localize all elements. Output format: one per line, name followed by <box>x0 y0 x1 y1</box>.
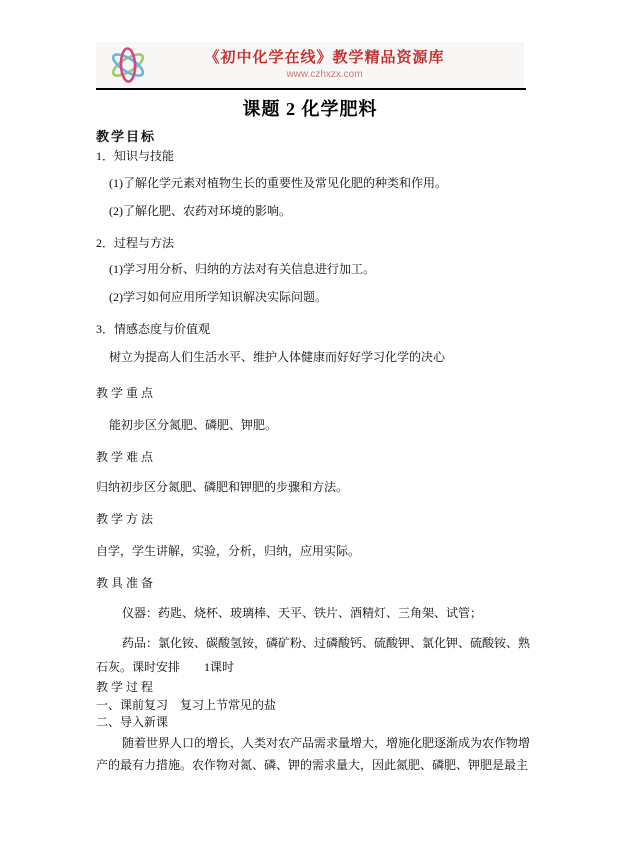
doc-line: (2)学习如何应用所学知识解决实际问题。 <box>96 290 526 305</box>
site-header-banner: 《初中化学在线》教学精品资源库 www.czhxzx.com <box>96 42 524 88</box>
doc-line-new-lesson: 二、导入新课 <box>96 715 526 730</box>
doc-line-instruments: 仪器：药匙、烧杯、玻璃棒、天平、铁片、酒精灯、三角架、试管； <box>96 606 526 621</box>
doc-line: 能初步区分氮肥、磷肥、钾肥。 <box>96 418 526 433</box>
subheading-attitude-values: 3．情感态度与价值观 <box>96 322 526 337</box>
section-heading-materials: 教具准备 <box>96 576 526 591</box>
section-heading-process: 教学过程 <box>96 680 526 695</box>
doc-line: (1)学习用分析、归纳的方法对有关信息进行加工。 <box>96 262 526 277</box>
section-heading-key-points: 教学重点 <box>96 386 526 401</box>
section-heading-goals: 教学目标 <box>96 129 526 144</box>
doc-line: 自学，学生讲解，实验，分析，归纳，应用实际。 <box>96 544 526 559</box>
doc-line: 随着世界人口的增长，人类对农产品需求量增大，增施化肥逐渐成为农作物增 <box>96 736 526 751</box>
doc-line-lesson-schedule: 石灰。课时安排 1课时 <box>96 660 526 675</box>
section-heading-difficulties: 教学难点 <box>96 450 526 465</box>
subheading-knowledge-skills: 1．知识与技能 <box>96 149 526 164</box>
subheading-process-methods: 2．过程与方法 <box>96 236 526 251</box>
document-page: 《初中化学在线》教学精品资源库 www.czhxzx.com 课题 2 化学肥料… <box>0 0 620 860</box>
atom-logo-icon <box>105 43 151 87</box>
doc-line: (2)了解化肥、农药对环境的影响。 <box>96 204 526 219</box>
site-url-link[interactable]: www.czhxzx.com <box>151 69 498 81</box>
doc-line-reagents: 药品：氯化铵、碳酸氢铵，磷矿粉、过磷酸钙、硫酸钾、氯化钾、硫酸铵、熟 <box>96 636 526 651</box>
document-title: 课题 2 化学肥料 <box>96 98 524 120</box>
section-heading-methods: 教学方法 <box>96 512 526 527</box>
doc-line: 归纳初步区分氮肥、磷肥和钾肥的步骤和方法。 <box>96 480 526 495</box>
doc-line: 产的最有力措施。农作物对氮、磷、钾的需求量大，因此氮肥、磷肥、钾肥是最主 <box>96 758 526 773</box>
doc-line: (1)了解化学元素对植物生长的重要性及常见化肥的种类和作用。 <box>96 176 526 191</box>
doc-line-review: 一、课前复习 复习上节常见的盐 <box>96 698 526 713</box>
site-header-text: 《初中化学在线》教学精品资源库 www.czhxzx.com <box>151 50 524 81</box>
document-content: 《初中化学在线》教学精品资源库 www.czhxzx.com 课题 2 化学肥料… <box>0 0 526 773</box>
header-divider-line <box>96 88 526 90</box>
site-title: 《初中化学在线》教学精品资源库 <box>151 50 498 67</box>
doc-line: 树立为提高人们生活水平、维护人体健康而好好学习化学的决心 <box>96 350 526 365</box>
